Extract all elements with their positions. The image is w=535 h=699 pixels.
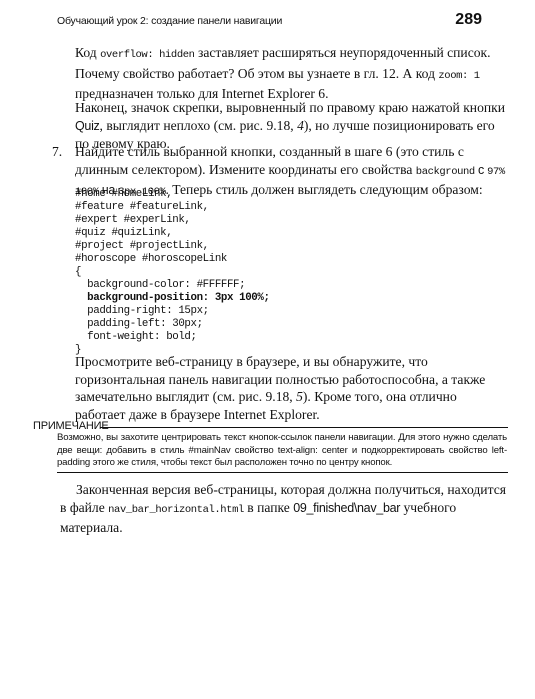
- button-name: Quiz: [75, 119, 100, 133]
- code-line: #quiz #quizLink,: [75, 227, 270, 240]
- code-line: padding-right: 15px;: [75, 305, 270, 318]
- page-number: 289: [455, 11, 482, 29]
- code-line: background-color: #FFFFFF;: [75, 279, 270, 292]
- file-name: nav_bar_horizontal.html: [108, 504, 244, 516]
- code-line-highlighted: background-position: 3px 100%;: [75, 292, 270, 305]
- code-line: #horoscope #horoscopeLink: [75, 253, 270, 266]
- text: в папке: [244, 500, 293, 515]
- note-bottom-rule: [57, 472, 508, 473]
- paragraph-result: Просмотрите веб-страницу в браузере, и в…: [75, 353, 507, 423]
- text: Код: [75, 45, 100, 60]
- code-line: font-weight: bold;: [75, 331, 270, 344]
- paragraph-overflow: Код overflow: hidden заставляет расширят…: [75, 44, 507, 103]
- code-line: #feature #featureLink,: [75, 201, 270, 214]
- text: Найдите стиль выбранной кнопки, созданны…: [75, 144, 464, 177]
- running-head: Обучающий урок 2: создание панели навига…: [57, 15, 282, 27]
- figure-ref: 5: [296, 389, 303, 404]
- text: с: [475, 163, 487, 177]
- inline-code: overflow: hidden: [100, 49, 194, 61]
- folder-name: 09_finished\nav_bar: [293, 501, 400, 515]
- inline-code: zoom: 1: [438, 70, 479, 82]
- code-line: #project #projectLink,: [75, 240, 270, 253]
- text: Наконец, значок скрепки, выровненный по …: [75, 100, 505, 115]
- note-body: Возможно, вы захотите центрировать текст…: [57, 432, 507, 470]
- code-line: padding-left: 30px;: [75, 318, 270, 331]
- code-line: #expert #experLink,: [75, 214, 270, 227]
- text: , выглядит неплохо (см. рис. 9.18,: [100, 118, 298, 133]
- code-line: #home #homeLink,: [75, 188, 270, 201]
- inline-code: background: [416, 166, 475, 178]
- code-line: {: [75, 266, 270, 279]
- code-lines: padding-right: 15px; padding-left: 30px;…: [75, 305, 270, 357]
- code-lines: #home #homeLink,#feature #featureLink,#e…: [75, 188, 270, 292]
- note-label: ПРИМЕЧАНИЕ: [33, 420, 109, 432]
- css-code-block: #home #homeLink,#feature #featureLink,#e…: [75, 188, 270, 357]
- paragraph-final-file: Законченная версия веб-страницы, которая…: [60, 481, 508, 537]
- figure-ref: 4: [297, 118, 304, 133]
- note-top-rule: [100, 427, 508, 428]
- step-number: 7.: [52, 143, 72, 161]
